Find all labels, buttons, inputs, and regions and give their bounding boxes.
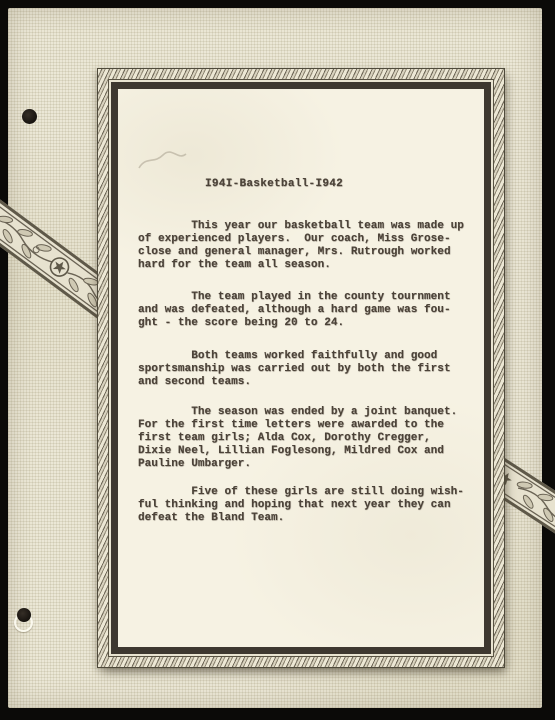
scrapbook-page: I94I-Basketball-I942 This year our baske… xyxy=(8,8,542,708)
punch-hole-bottom-icon xyxy=(17,608,31,622)
paragraph-2: The team played in the county tournment … xyxy=(138,291,484,330)
paragraph-3: Both teams worked faithfully and good sp… xyxy=(138,350,484,389)
typewritten-page: I94I-Basketball-I942 This year our baske… xyxy=(118,89,484,647)
paragraph-5: Five of these girls are still doing wish… xyxy=(138,486,484,525)
photo-backdrop: I94I-Basketball-I942 This year our baske… xyxy=(0,0,555,720)
framed-document: I94I-Basketball-I942 This year our baske… xyxy=(97,68,505,668)
paragraph-4: The season was ended by a joint banquet.… xyxy=(138,406,484,471)
frame-dark-band: I94I-Basketball-I942 This year our baske… xyxy=(111,82,491,654)
pencil-smudge-icon xyxy=(136,149,190,175)
document-title: I94I-Basketball-I942 xyxy=(205,178,484,191)
punch-hole-top-icon xyxy=(22,109,37,124)
paragraph-1: This year our basketball team was made u… xyxy=(138,220,484,272)
frame-inner-border: I94I-Basketball-I942 This year our baske… xyxy=(108,79,494,657)
